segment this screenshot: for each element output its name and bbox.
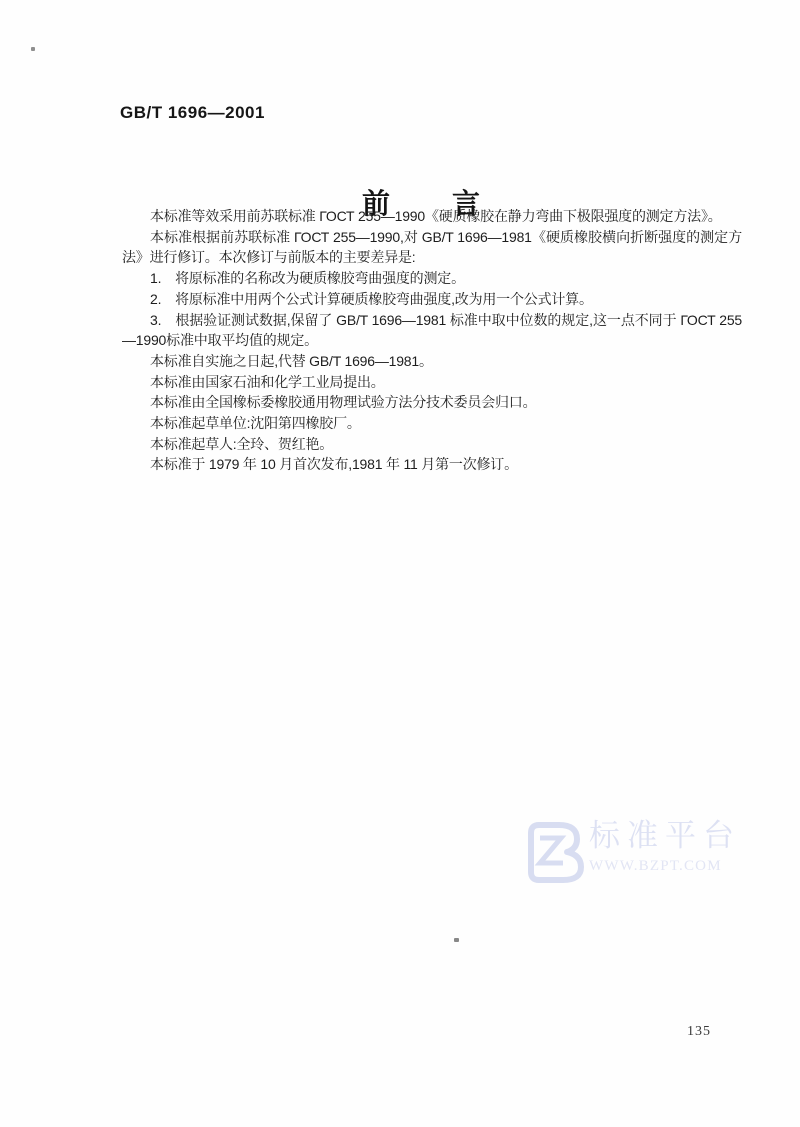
foreword-paragraph: 本标准等效采用前苏联标准 ГОСТ 255—1990《硬质橡胶在静力弯曲下极限强… <box>122 206 742 227</box>
page-number: 135 <box>687 1024 711 1040</box>
foreword-paragraph: 本标准根据前苏联标准 ГОСТ 255—1990,对 GB/T 1696—198… <box>122 227 742 268</box>
watermark: 标准平台 WWW.BZPT.COM <box>521 818 741 886</box>
watermark-url: WWW.BZPT.COM <box>589 859 741 874</box>
foreword-paragraph: 本标准由全国橡标委橡胶通用物理试验方法分技术委员会归口。 <box>122 392 742 413</box>
scan-speck <box>31 47 35 51</box>
foreword-list-item: 1. 将原标准的名称改为硬质橡胶弯曲强度的测定。 <box>122 268 742 289</box>
watermark-text: 标准平台 WWW.BZPT.COM <box>589 818 741 874</box>
foreword-list-item: 3. 根据验证测试数据,保留了 GB/T 1696—1981 标准中取中位数的规… <box>122 310 742 351</box>
foreword-paragraph: 本标准自实施之日起,代替 GB/T 1696—1981。 <box>122 351 742 372</box>
watermark-title: 标准平台 <box>589 820 741 851</box>
foreword-paragraph: 本标准由国家石油和化学工业局提出。 <box>122 372 742 393</box>
foreword-body: 本标准等效采用前苏联标准 ГОСТ 255—1990《硬质橡胶在静力弯曲下极限强… <box>122 206 742 475</box>
foreword-paragraph: 本标准起草人:全玲、贺红艳。 <box>122 434 742 455</box>
foreword-list-item: 2. 将原标准中用两个公式计算硬质橡胶弯曲强度,改为用一个公式计算。 <box>122 289 742 310</box>
bzpt-logo-icon <box>521 818 585 886</box>
foreword-paragraph: 本标准于 1979 年 10 月首次发布,1981 年 11 月第一次修订。 <box>122 454 742 475</box>
standard-code: GB/T 1696—2001 <box>120 103 265 123</box>
scan-speck <box>454 938 459 942</box>
foreword-paragraph: 本标准起草单位:沈阳第四橡胶厂。 <box>122 413 742 434</box>
document-page: GB/T 1696—2001 前 言 本标准等效采用前苏联标准 ГОСТ 255… <box>0 0 800 1127</box>
